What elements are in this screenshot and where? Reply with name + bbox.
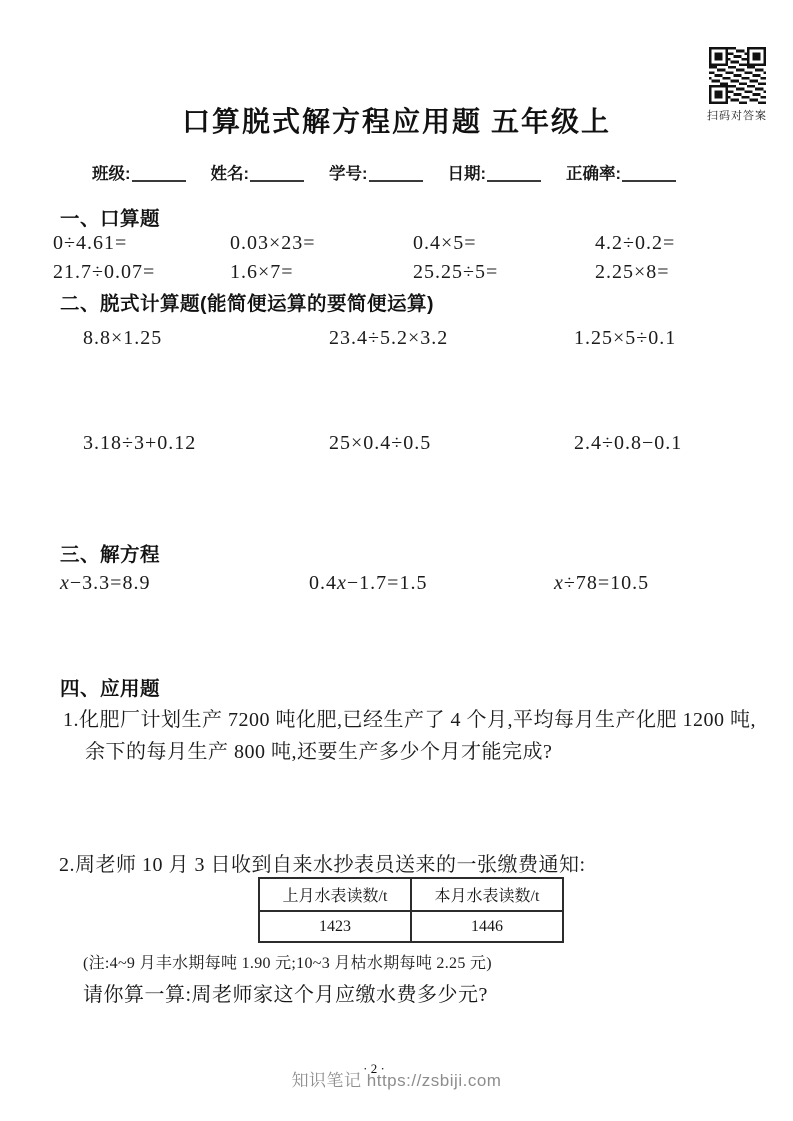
field-name-blank-line: [250, 179, 304, 182]
field-accuracy: 正确率:: [566, 160, 676, 184]
pricing-note: (注:4~9 月丰水期每吨 1.90 元;10~3 月枯水期每吨 2.25 元): [83, 950, 492, 973]
field-class-blank-line: [132, 179, 186, 182]
field-date-label: 日期:: [448, 165, 487, 183]
stepwise-problem: 3.18÷3+0.12: [83, 432, 329, 455]
word-problem-1: 1.化肥厂计划生产 7200 吨化肥,已经生产了 4 个月,平均每月生产化肥 1…: [63, 704, 763, 768]
equation-problem: x−3.3=8.9: [60, 572, 309, 595]
field-student-id-blank-line: [369, 179, 423, 182]
stepwise-problem: 25×0.4÷0.5: [329, 432, 574, 455]
field-accuracy-label: 正确率:: [566, 165, 621, 183]
oral-problem: 25.25÷5=: [413, 261, 595, 284]
qr-code-icon: [709, 47, 766, 104]
header-fields: 班级: 姓名: 学号: 日期: 正确率:: [92, 160, 676, 184]
field-accuracy-blank-line: [622, 179, 676, 182]
oral-problem: 0.03×23=: [230, 232, 413, 255]
oral-problems: 0÷4.61= 0.03×23= 0.4×5= 4.2÷0.2= 21.7÷0.…: [53, 232, 779, 284]
equation-problem: 0.4x−1.7=1.5: [309, 572, 554, 595]
equation-problem: x÷78=10.5: [554, 572, 779, 595]
stepwise-problem: 2.4÷0.8−0.1: [574, 432, 779, 455]
table-value-row: 1423 1446: [259, 911, 563, 942]
oral-problem: 21.7÷0.07=: [53, 261, 230, 284]
equation-variable: x: [60, 572, 70, 594]
stepwise-problem: 8.8×1.25: [83, 327, 329, 350]
field-student-id: 学号:: [329, 160, 423, 184]
oral-problem: 2.25×8=: [595, 261, 779, 284]
page-title: 口算脱式解方程应用题 五年级上: [0, 100, 793, 140]
field-class-label: 班级:: [92, 165, 131, 183]
oral-problem: 4.2÷0.2=: [595, 232, 779, 255]
oral-problem: 1.6×7=: [230, 261, 413, 284]
table-header-last-month: 上月水表读数/t: [259, 878, 411, 911]
oral-problem: 0.4×5=: [413, 232, 595, 255]
stepwise-problem: 1.25×5÷0.1: [574, 327, 779, 350]
table-header-row: 上月水表读数/t 本月水表读数/t: [259, 878, 563, 911]
field-date-blank-line: [487, 179, 541, 182]
section-heading-word-problems: 四、应用题: [60, 673, 160, 701]
field-date: 日期:: [448, 160, 542, 184]
equation-problems: x−3.3=8.9 0.4x−1.7=1.5 x÷78=10.5: [60, 572, 779, 595]
stepwise-problems: 8.8×1.25 23.4÷5.2×3.2 1.25×5÷0.1 3.18÷3+…: [83, 327, 779, 455]
word-problem-2-question: 请你算一算:周老师家这个月应缴水费多少元?: [83, 978, 488, 1007]
field-name: 姓名:: [211, 160, 305, 184]
section-heading-stepwise: 二、脱式计算题(能简便运算的要简便运算): [60, 288, 434, 316]
equation-variable: x: [337, 572, 347, 594]
equation-post: −1.7=1.5: [347, 572, 428, 594]
equation-post: −3.3=8.9: [70, 572, 151, 594]
table-value-last-month: 1423: [259, 911, 411, 942]
table-header-this-month: 本月水表读数/t: [411, 878, 563, 911]
field-name-label: 姓名:: [211, 165, 250, 183]
section-heading-equations: 三、解方程: [60, 539, 160, 567]
equation-variable: x: [554, 572, 564, 594]
stepwise-problem: 23.4÷5.2×3.2: [329, 327, 574, 350]
section-heading-oral: 一、口算题: [60, 203, 160, 231]
water-meter-table: 上月水表读数/t 本月水表读数/t 1423 1446: [258, 877, 564, 943]
field-student-id-label: 学号:: [329, 165, 368, 183]
equation-post: ÷78=10.5: [564, 572, 649, 594]
page-number: · 2 ·: [354, 1061, 394, 1077]
field-class: 班级:: [92, 160, 186, 184]
equation-pre: 0.4: [309, 572, 337, 594]
table-value-this-month: 1446: [411, 911, 563, 942]
worksheet-page: 扫码对答案 口算脱式解方程应用题 五年级上 班级: 姓名: 学号: 日期: 正确…: [0, 0, 793, 1121]
site-watermark: 知识笔记 https://zsbiji.com: [0, 1066, 793, 1091]
oral-problem: 0÷4.61=: [53, 232, 230, 255]
